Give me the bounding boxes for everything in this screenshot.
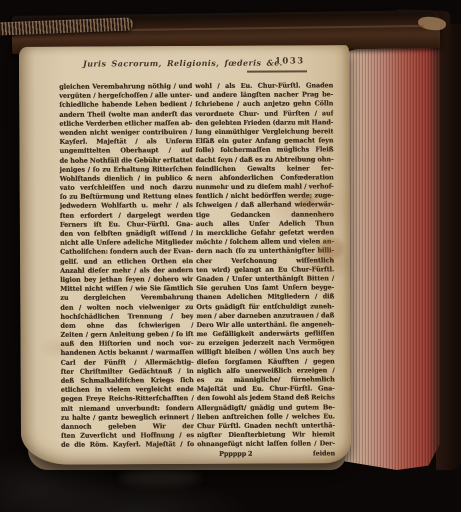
text-line: Carl der Fünfft / Allermächtig- [61, 358, 194, 368]
catchword: ſeiden [313, 449, 335, 458]
text-line: willigſt bleiben / wöllen Uns auch bey [196, 348, 334, 358]
header-rule [247, 70, 307, 72]
text-line: cher Verſchonung wiſſentlich umſchrit- [196, 256, 334, 266]
text-line: andern Theil (wolte man anderſt das [59, 110, 192, 120]
text-line: Allergnädigſt/ gnädig und gutem Be- [197, 403, 335, 413]
text-line: mit niemand unverbundt: ſondern Neutral [61, 404, 194, 414]
signature-row: Pppppp 2 ſeiden [197, 449, 335, 459]
text-line: verordnete Chur- und Fürſten / auf [195, 109, 333, 119]
text-line: geliſ. und an etlichen Orthen ein groſſe [60, 257, 193, 267]
book-page: Juris Sacrorum, Religionis, fœderis &c. … [19, 45, 351, 465]
text-line: ſten erfordert / dargelegt werden müſte … [60, 211, 193, 221]
text-line: ſchriebene / auch anjetzo gehn Cölln [195, 100, 333, 110]
text-line: gegen Freye Reichs-Ritterſchafften / [61, 394, 194, 404]
text-column-right-lines: wohl / als Eu. Chur-Fürſtl. Gnadenund an… [195, 81, 335, 449]
text-line: ſchweigen / daß allerhand wiederwär- [196, 201, 334, 211]
text-line: den ſowohl als jedem Stand deß Reichs [197, 394, 335, 404]
text-line: de hohe Nothfäll die Gebühr erſtattet / [59, 155, 192, 165]
shadow-stain [120, 470, 200, 486]
text-line: dern nach (ſo zu unterthänigſter billi- [196, 247, 334, 257]
text-line: thanen Adelichen Mitgliedern / diß [196, 293, 334, 303]
running-header-title: Juris Sacrorum, Religionis, fœderis &c. [83, 58, 253, 69]
text-line: dieſen ſorgſamen Käufften / gegen män- [197, 357, 335, 367]
text-line: den / wolten noch vielweniger zu [60, 302, 193, 312]
text-line: jedwedern Wohlfarth u. mehr / als ſon- [60, 201, 193, 211]
fore-edge-red-pages [344, 30, 440, 470]
text-line: dacht ſeyn / daß es zu Abtreibung ohn- [195, 155, 333, 165]
text-line: Orts gnädigſt für entſchuldigt zuneh- [196, 302, 334, 312]
text-line: tige Gedancken dannenhero geſchöpfft/ [196, 210, 334, 220]
text-column-left: gleichen Verembahrung nöthig / undvergüt… [59, 82, 194, 450]
page-content: Juris Sacrorum, Religionis, fœderis &c. … [19, 45, 351, 465]
text-line: hochſchädlichen Trennung / bey [60, 312, 193, 322]
text-line: de die Röm. Kayſerl. Majeſtät / ſo [61, 440, 194, 450]
text-line: zu dergleichen Verembahrung zubere- [60, 293, 193, 303]
text-line: ungemittelten Oberhaupt / auf ereigen- [59, 146, 192, 156]
text-line: Catholiſchen: ſondern auch der Evan- [60, 247, 193, 257]
text-line: handenen Actis bekannt / warmaſſen [60, 348, 193, 358]
signature-mark: Pppppp 2 [219, 449, 252, 458]
page-number: 1033 [275, 56, 305, 66]
book-photo: Juris Sacrorum, Religionis, fœderis &c. … [0, 0, 461, 512]
text-line: ſolle) ſolchermaſſen müglichs Fleiß be- [195, 146, 333, 156]
text-line: ſchiedliche habende Lehen bedient / dem [59, 100, 192, 110]
text-column-right: wohl / als Eu. Chur-Fürſtl. Gnadenund an… [195, 81, 335, 458]
